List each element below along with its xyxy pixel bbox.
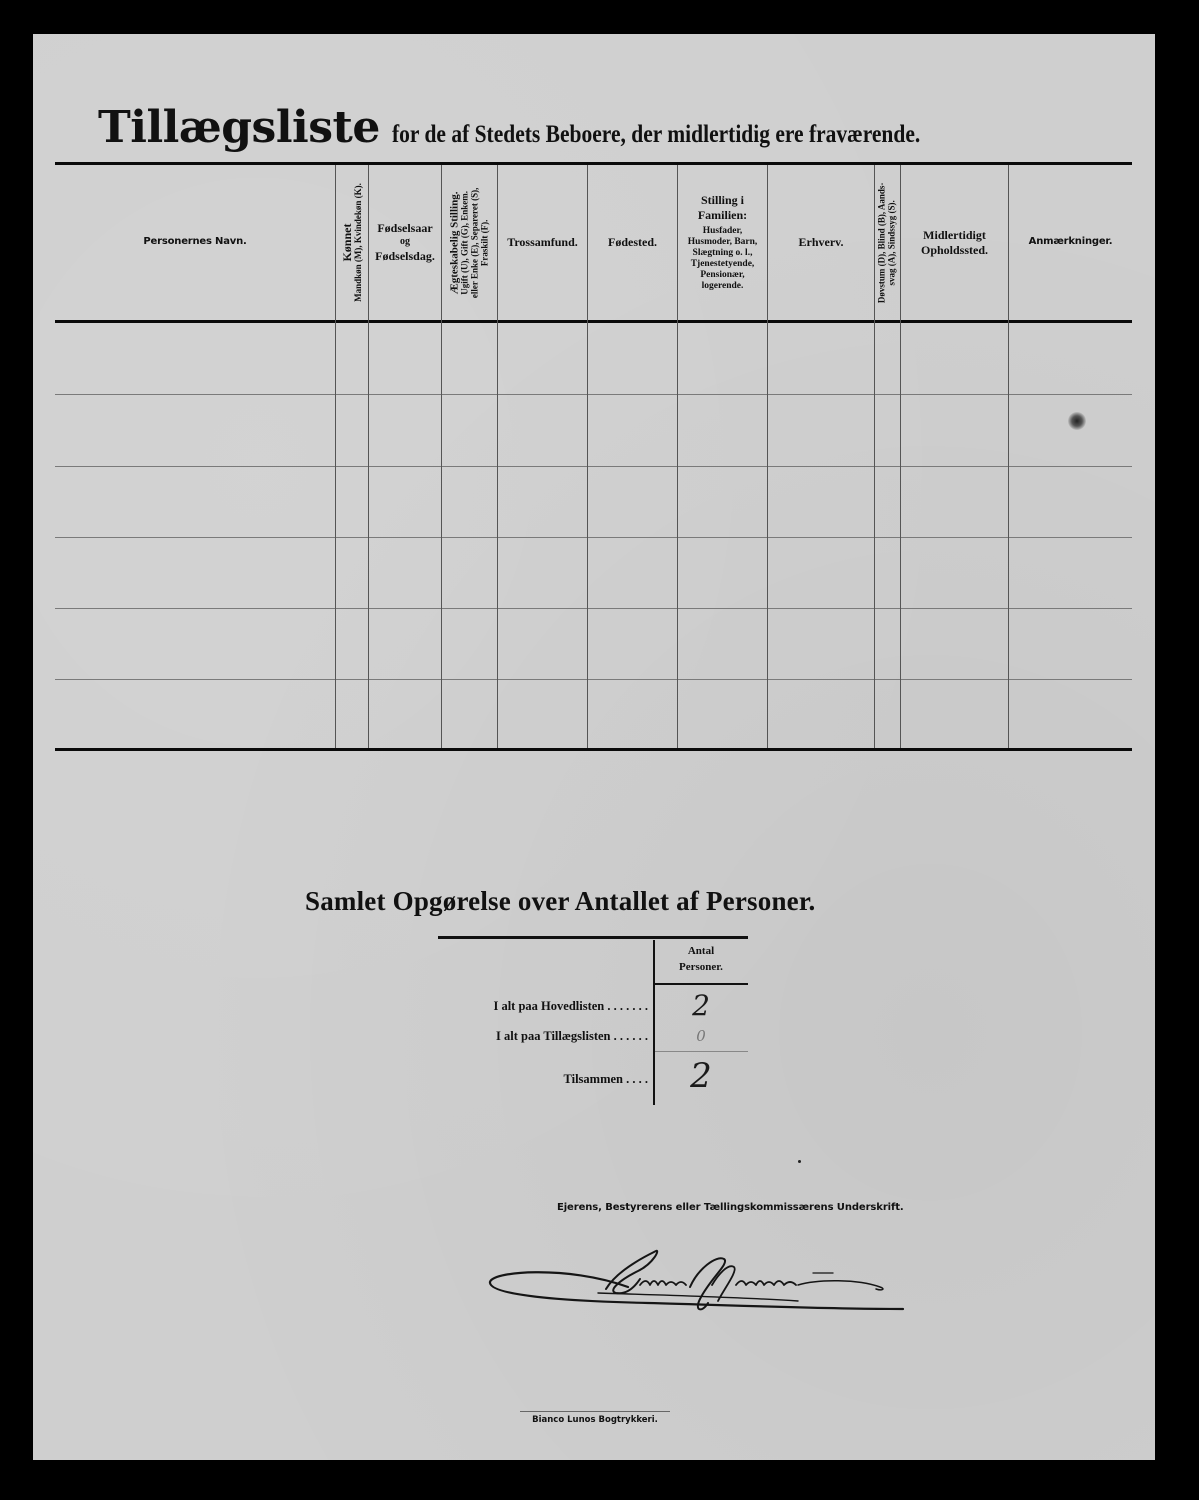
header-marital: Ægteskabelig Stilling. Ugift (U), Gift (…: [442, 165, 497, 320]
header-birth: Fødselsaar og Fødselsdag.: [369, 165, 441, 320]
handwritten-signature: [478, 1249, 928, 1329]
summary-top-rule: [438, 936, 748, 939]
title-main: Tillægsliste: [98, 102, 380, 153]
summary-row-label: Tilsammen . . . .: [564, 1072, 649, 1087]
table-row: [55, 538, 1132, 608]
header-sex: Kønnet Mandkøn (M), Kvindekøn (K).: [336, 165, 368, 320]
header-birthplace-label: Fødested.: [608, 235, 657, 250]
printer-imprint: Bianco Lunos Bogtrykkeri.: [520, 1411, 670, 1425]
summary-value-main-list: 2: [655, 989, 747, 1022]
header-birth-line1: Fødselsaar: [377, 221, 432, 236]
title-subtitle-bold: fraværende.: [809, 121, 920, 148]
summary-row-main-list: I alt paa Hovedlisten . . . . . . .: [393, 999, 648, 1019]
header-family-title1: Stilling i: [701, 193, 744, 208]
header-family-title2: Familien:: [698, 208, 747, 223]
table-row: [55, 395, 1132, 466]
header-temp-residence: Midlertidigt Opholdssted.: [901, 165, 1008, 320]
header-birthplace: Fødested.: [588, 165, 677, 320]
census-form-page: Tillægsliste for de af Stedets Beboere, …: [33, 34, 1155, 1460]
form-title: Tillægsliste for de af Stedets Beboere, …: [98, 102, 1138, 153]
summary-header-line1: Antal: [655, 944, 747, 960]
summary-value-total: 2: [655, 1056, 747, 1096]
table-row: [55, 680, 1132, 748]
header-name-label: Personernes Navn.: [143, 236, 246, 249]
summary-header-rule: [655, 983, 748, 985]
header-temp-residence-line2: Opholdssted.: [921, 243, 988, 258]
summary-value-supplement-list: 0: [655, 1027, 747, 1045]
header-marital-line4: Fraskilt (F).: [481, 187, 491, 297]
summary-subtotal-rule: [655, 1051, 748, 1052]
header-disability: Døvstum (D), Blind (B), Aands- svag (A),…: [875, 165, 900, 320]
header-occupation-label: Erhverv.: [799, 235, 844, 250]
header-birth-line3: Fødselsdag.: [375, 249, 435, 264]
header-sex-title: Kønnet: [340, 183, 353, 302]
ink-blot: [1068, 412, 1086, 430]
header-birth-line2: og: [400, 236, 410, 249]
header-temp-residence-line1: Midlertidigt: [923, 228, 986, 243]
summary-row-total: Tilsammen . . . .: [393, 1072, 648, 1092]
summary-row-supplement-list: I alt paa Tillægslisten . . . . . .: [393, 1029, 648, 1049]
header-occupation: Erhverv.: [768, 165, 874, 320]
table-row: [55, 609, 1132, 679]
summary-header-line2: Personer.: [655, 960, 747, 976]
header-name: Personernes Navn.: [55, 165, 335, 320]
summary-row-label: I alt paa Hovedlisten . . . . . . .: [493, 999, 648, 1014]
header-remarks: Anmærkninger.: [1009, 165, 1132, 320]
summary-column-header: Antal Personer.: [655, 944, 747, 976]
header-family-position: Stilling i Familien: Husfader, Husmoder,…: [678, 165, 767, 320]
signature-label: Ejerens, Bestyrerens eller Tællingskommi…: [557, 1202, 904, 1213]
ink-dot: [798, 1160, 801, 1163]
header-family-detail: Husfader, Husmoder, Barn, Slægtning o. l…: [678, 226, 767, 292]
signature-scribble-icon: [478, 1249, 928, 1329]
header-religion: Trossamfund.: [498, 165, 587, 320]
summary-title: Samlet Opgørelse over Antallet af Person…: [305, 886, 816, 917]
summary-row-label: I alt paa Tillægslisten . . . . . .: [496, 1029, 648, 1044]
table-bottom-rule: [55, 748, 1132, 751]
absent-residents-table: Personernes Navn. Kønnet Mandkøn (M), Kv…: [55, 162, 1132, 751]
table-row: [55, 467, 1132, 537]
header-religion-label: Trossamfund.: [507, 235, 578, 250]
header-disability-line2: svag (A), Sindssyg (S).: [888, 182, 898, 303]
title-subtitle: for de af Stedets Beboere, der midlertid…: [392, 121, 920, 149]
title-subtitle-prefix: for de af Stedets Beboere, der midlertid…: [392, 121, 804, 148]
header-remarks-label: Anmærkninger.: [1029, 236, 1113, 249]
header-sex-detail: Mandkøn (M), Kvindekøn (K).: [354, 183, 364, 302]
table-row: [55, 323, 1132, 394]
